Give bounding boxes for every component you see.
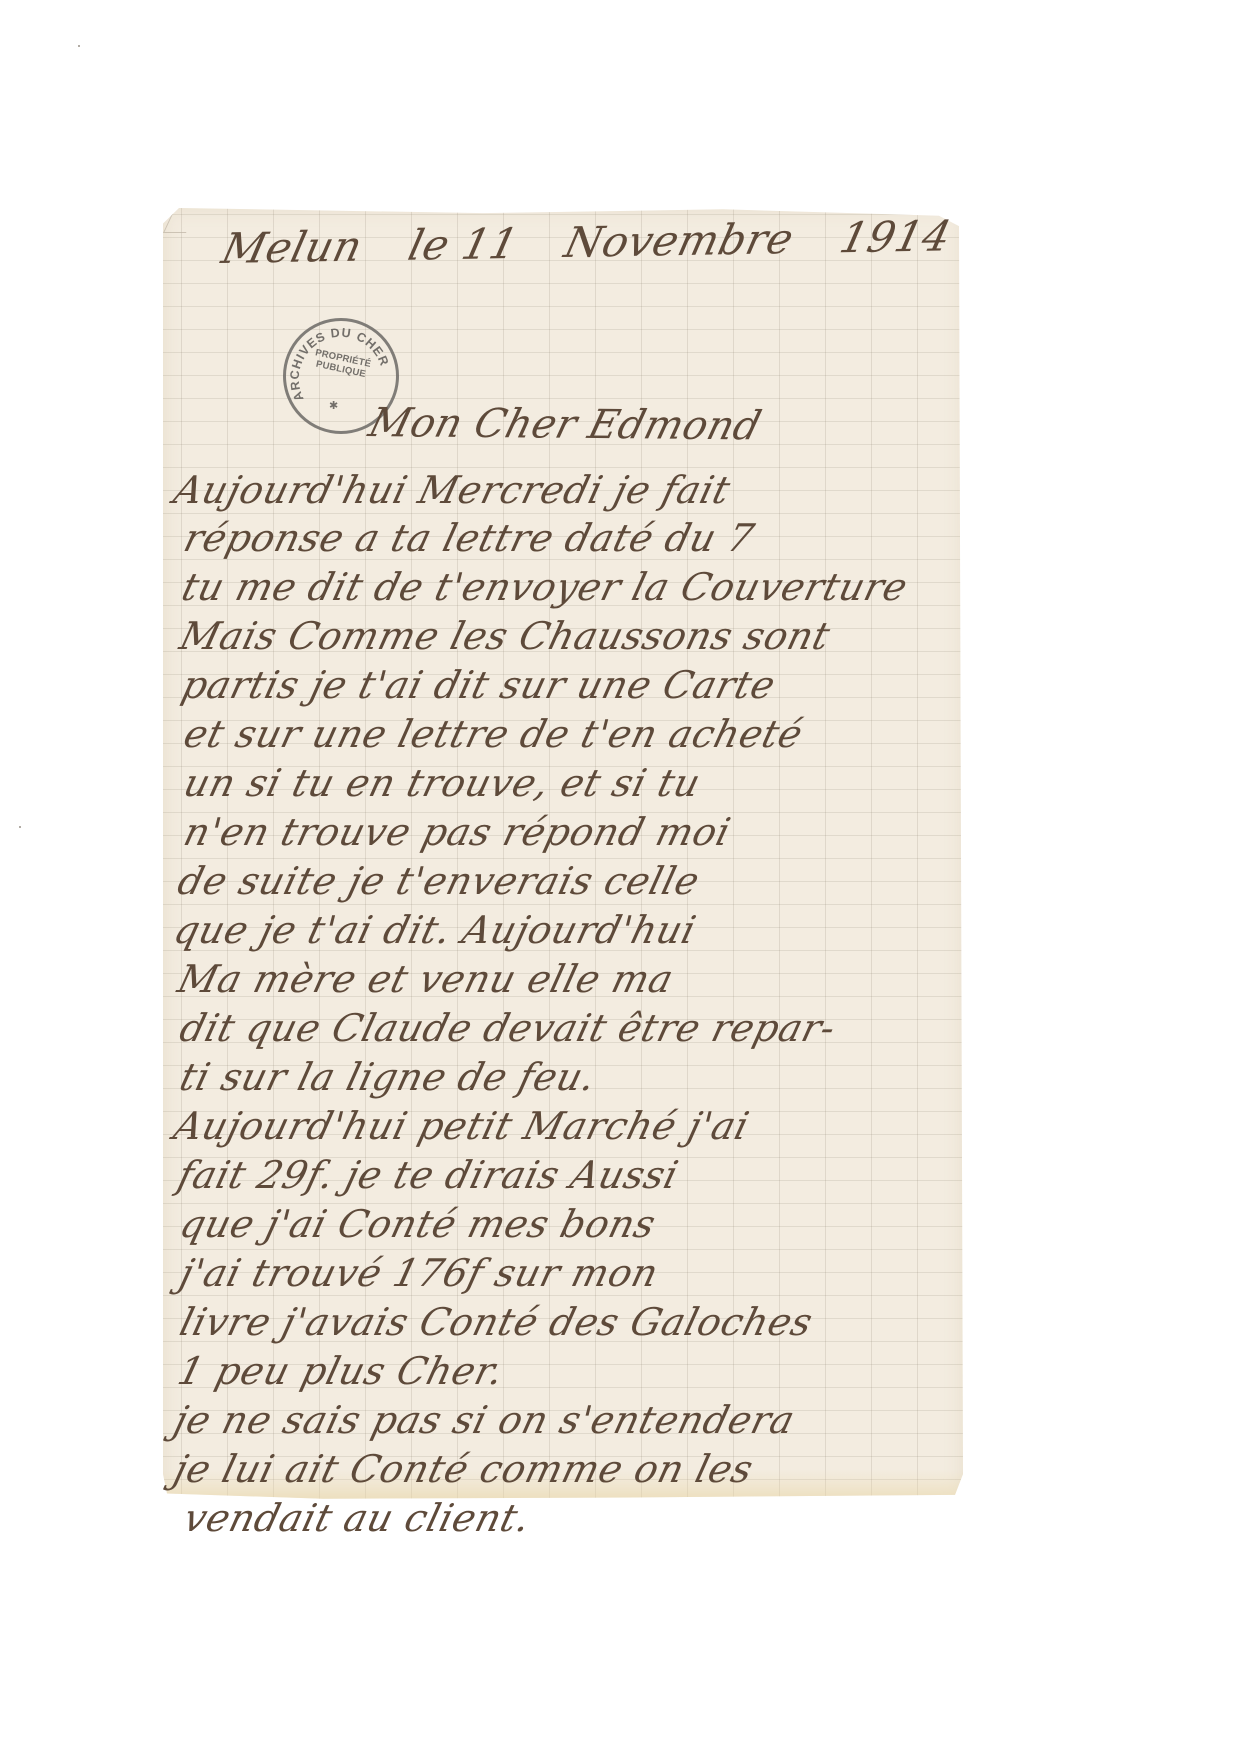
letter-line: un si tu en trouve, et si tu (180, 761, 706, 805)
letter-line: que j'ai Conté mes bons (176, 1202, 661, 1246)
letter-line: fait 29f. je te dirais Aussi (174, 1153, 684, 1197)
letter-month: Novembre (560, 214, 799, 267)
letter-line: Mais Comme les Chaussons sont (176, 614, 835, 658)
letter-line: Aujourd'hui petit Marché j'ai (170, 1104, 754, 1148)
letter-line: je lui ait Conté comme on les (170, 1447, 758, 1491)
letter-line: dit que Claude devait être repar- (176, 1006, 841, 1050)
letter-line: et sur une lettre de t'en acheté (180, 712, 808, 756)
letter-place: Melun (217, 222, 367, 273)
scan-speck (78, 45, 80, 47)
letter-year: 1914 (835, 211, 956, 262)
star-icon: ✱ (329, 399, 338, 412)
letter-line: Ma mère et venu elle ma (174, 957, 679, 1001)
scanned-page: Melun le 11 Novembre 1914 ARCHIVES DU CH… (0, 0, 1239, 1754)
letter-line: j'ai trouvé 176f sur mon (176, 1251, 664, 1295)
letter-line: vendait au client. (180, 1496, 536, 1540)
letter-line: Aujourd'hui Mercredi je fait (170, 468, 735, 512)
letter-date-prefix: le 11 (404, 219, 523, 270)
letter-line: je ne sais pas si on s'entendera (170, 1398, 800, 1442)
letter-line: 1 peu plus Cher. (174, 1349, 509, 1393)
letter-line: ti sur la ligne de feu. (176, 1055, 601, 1099)
letter-line: n'en trouve pas répond moi (180, 810, 736, 854)
letter-line: réponse a ta lettre daté du 7 (180, 516, 759, 560)
letter-line: partis je t'ai dit sur une Carte (178, 663, 781, 707)
letter-line: de suite je t'enverais celle (174, 859, 705, 903)
letter-salutation: Mon Cher Edmond (364, 400, 766, 449)
letter-line: tu me dit de t'envoyer la Couverture (178, 565, 913, 609)
scan-speck (19, 826, 21, 828)
folded-corner (163, 208, 198, 233)
letter-line: livre j'avais Conté des Galoches (176, 1300, 818, 1344)
letter-line: que je t'ai dit. Aujourd'hui (170, 908, 701, 952)
